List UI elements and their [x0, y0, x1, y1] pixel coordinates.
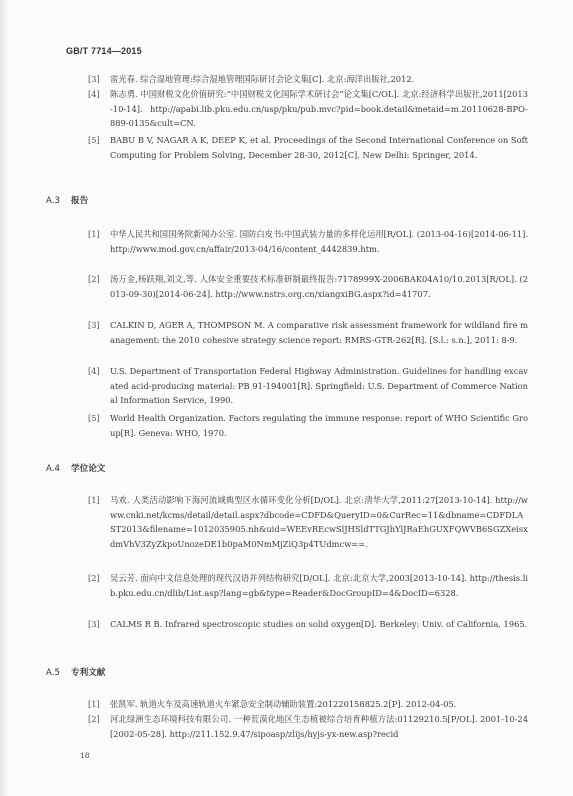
section-title: 报告: [71, 196, 88, 206]
reference-item: [5] World Health Organization. Factors r…: [88, 411, 528, 440]
reference-number: [4]: [88, 87, 110, 102]
reference-item: [1] 张凯军. 轨道火车及高速轨道火车紧急安全制动辅助装置:201220158…: [88, 697, 528, 712]
reference-text: 中华人民共和国国务院新闻办公室. 国防白皮书:中国武装力量的多样化运用[R/OL…: [110, 227, 528, 256]
reference-item: [1] 马欢. 人类活动影响下海河流域典型区水循环变化分析[D/OL]. 北京:…: [88, 493, 528, 551]
reference-text: 陈志勇. 中国财税文化价值研究:“中国财税文化国际学术研讨会”论文集[C/OL]…: [110, 87, 528, 131]
reference-number: [4]: [88, 364, 110, 379]
reference-text: World Health Organization. Factors regul…: [110, 411, 528, 440]
reference-number: [2]: [88, 571, 110, 586]
reference-text: CALKIN D, AGER A, THOMPSON M. A comparat…: [110, 318, 528, 347]
section-title: 专利文献: [71, 668, 105, 678]
reference-number: [2]: [88, 272, 110, 287]
reference-item: [3] CALKIN D, AGER A, THOMPSON M. A comp…: [88, 318, 528, 347]
reference-text: 汤万金,杨跃翔,刘文,等. 人体安全重要技术标准研制最终报告:7178999X-…: [110, 272, 528, 301]
section-heading-a3: A.3报告: [46, 194, 88, 206]
reference-text: 吴云芳. 面向中文信息处理的现代汉语并列结构研究[D/OL]. 北京:北京大学,…: [110, 571, 528, 600]
reference-number: [1]: [88, 493, 110, 508]
reference-number: [5]: [88, 411, 110, 426]
page-number: 18: [80, 751, 90, 760]
reference-text: 河北绿洲生态环境科技有限公司. 一种荒漠化地区生态植被综合培育种植方法:0112…: [110, 712, 528, 741]
reference-item: [5] BABU B V, NAGAR A K, DEEP K, et al. …: [88, 133, 528, 162]
section-heading-a4: A.4学位论文: [46, 462, 105, 474]
reference-number: [3]: [88, 318, 110, 333]
reference-text: BABU B V, NAGAR A K, DEEP K, et al. Proc…: [110, 133, 528, 162]
reference-number: [1]: [88, 227, 110, 242]
reference-item: [4] U.S. Department of Transportation Fe…: [88, 364, 528, 408]
reference-number: [2]: [88, 712, 110, 727]
section-number: A.5: [46, 668, 71, 678]
standard-id-header: GB/T 7714—2015: [66, 46, 142, 56]
section-title: 学位论文: [71, 464, 105, 474]
section-number: A.4: [46, 464, 71, 474]
reference-item: [2] 河北绿洲生态环境科技有限公司. 一种荒漠化地区生态植被综合培育种植方法:…: [88, 712, 528, 741]
reference-item: [2] 汤万金,杨跃翔,刘文,等. 人体安全重要技术标准研制最终报告:71789…: [88, 272, 528, 301]
reference-number: [5]: [88, 133, 110, 148]
reference-text: U.S. Department of Transportation Federa…: [110, 364, 528, 408]
reference-number: [3]: [88, 72, 110, 87]
reference-number: [1]: [88, 697, 110, 712]
reference-item: [2] 吴云芳. 面向中文信息处理的现代汉语并列结构研究[D/OL]. 北京:北…: [88, 571, 528, 600]
reference-item: [4] 陈志勇. 中国财税文化价值研究:“中国财税文化国际学术研讨会”论文集[C…: [88, 87, 528, 131]
reference-text: CALMS R B. Infrared spectroscopic studie…: [110, 617, 528, 632]
reference-number: [3]: [88, 617, 110, 632]
section-number: A.3: [46, 196, 71, 206]
section-heading-a5: A.5专利文献: [46, 666, 105, 678]
page-edge-shadow: [0, 0, 8, 796]
reference-item: [3] 雷光春. 综合湿地管理:综合湿地管理国际研讨会论文集[C]. 北京:海洋…: [88, 72, 528, 87]
reference-text: 张凯军. 轨道火车及高速轨道火车紧急安全制动辅助装置:201220158825.…: [110, 697, 528, 712]
reference-text: 雷光春. 综合湿地管理:综合湿地管理国际研讨会论文集[C]. 北京:海洋出版社,…: [110, 72, 528, 87]
reference-item: [1] 中华人民共和国国务院新闻办公室. 国防白皮书:中国武装力量的多样化运用[…: [88, 227, 528, 256]
reference-item: [3] CALMS R B. Infrared spectroscopic st…: [88, 617, 528, 632]
reference-text: 马欢. 人类活动影响下海河流域典型区水循环变化分析[D/OL]. 北京:清华大学…: [110, 493, 528, 551]
